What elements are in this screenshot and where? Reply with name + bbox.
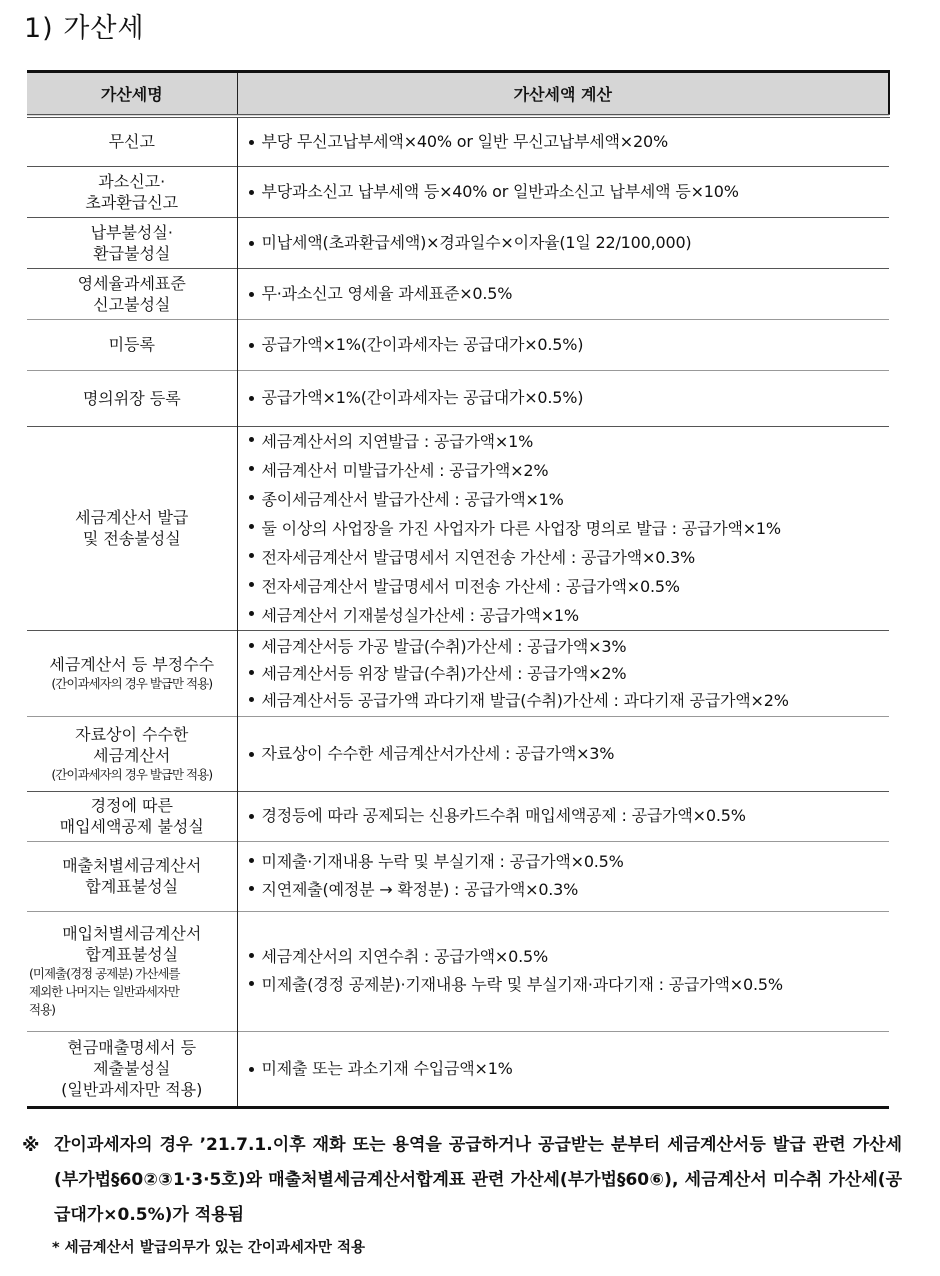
calculation-list: 세금계산서의 지연수취 : 공급가액×0.5%미제출(경정 공제분)·기재내용 … bbox=[248, 943, 890, 999]
calculation-item: 세금계산서등 가공 발급(수취)가산세 : 공급가액×3% bbox=[248, 633, 890, 660]
penalty-name-cell: 미등록 bbox=[27, 319, 237, 370]
calculation-list: 세금계산서등 가공 발급(수취)가산세 : 공급가액×3%세금계산서등 위장 발… bbox=[248, 633, 890, 714]
penalty-name-cell: 자료상이 수수한세금계산서(간이과세자의 경우 발급만 적용) bbox=[27, 716, 237, 791]
penalty-name-cell: 세금계산서 발급및 전송불성실 bbox=[27, 426, 237, 630]
calculation-list: 공급가액×1%(간이과세자는 공급대가×0.5%) bbox=[248, 333, 890, 357]
penalty-calculation-cell: 미제출 또는 과소기재 수입금액×1% bbox=[237, 1031, 889, 1107]
penalty-name-line: 세금계산서 등 부정수수 bbox=[27, 654, 237, 675]
calculation-list: 미납세액(초과환급세액)×경과일수×이자율(1일 22/100,000) bbox=[248, 231, 890, 255]
table-header-row: 가산세명 가산세액 계산 bbox=[27, 72, 889, 117]
penalty-calculation-cell: 공급가액×1%(간이과세자는 공급대가×0.5%) bbox=[237, 370, 889, 426]
penalty-name-subnote: (미제출(경정 공제분) 가산세를 bbox=[27, 965, 237, 983]
penalty-name-line: 명의위장 등록 bbox=[27, 388, 237, 409]
calculation-item: 미납세액(초과환급세액)×경과일수×이자율(1일 22/100,000) bbox=[248, 231, 890, 255]
penalty-calculation-cell: 부당 무신고납부세액×40% or 일반 무신고납부세액×20% bbox=[237, 116, 889, 166]
penalty-name-cell: 무신고 bbox=[27, 116, 237, 166]
penalty-calculation-cell: 자료상이 수수한 세금계산서가산세 : 공급가액×3% bbox=[237, 716, 889, 791]
calculation-list: 부당과소신고 납부세액 등×40% or 일반과소신고 납부세액 등×10% bbox=[248, 180, 890, 204]
penalty-name-cell: 경정에 따른매입세액공제 불성실 bbox=[27, 791, 237, 841]
penalty-calculation-cell: 미납세액(초과환급세액)×경과일수×이자율(1일 22/100,000) bbox=[237, 217, 889, 268]
penalty-name-line: 제출불성실 bbox=[27, 1058, 237, 1079]
calculation-item: 미제출·기재내용 누락 및 부실기재 : 공급가액×0.5% bbox=[248, 848, 890, 876]
penalty-name-line: 현금매출명세서 등 bbox=[27, 1037, 237, 1058]
calculation-item: 세금계산서 기재불성실가산세 : 공급가액×1% bbox=[248, 601, 890, 630]
table-row: 현금매출명세서 등제출불성실(일반과세자만 적용)미제출 또는 과소기재 수입금… bbox=[27, 1031, 889, 1107]
penalty-name-line: 경정에 따른 bbox=[27, 795, 237, 816]
penalty-name-subnote: (간이과세자의 경우 발급만 적용) bbox=[27, 766, 237, 784]
penalty-name-line: 초과환급신고 bbox=[27, 192, 237, 213]
penalty-calculation-cell: 세금계산서의 지연발급 : 공급가액×1%세금계산서 미발급가산세 : 공급가액… bbox=[237, 426, 889, 630]
calculation-item: 자료상이 수수한 세금계산서가산세 : 공급가액×3% bbox=[248, 742, 890, 766]
penalty-calculation-cell: 세금계산서의 지연수취 : 공급가액×0.5%미제출(경정 공제분)·기재내용 … bbox=[237, 911, 889, 1031]
penalty-name-line: 자료상이 수수한 bbox=[27, 724, 237, 745]
calculation-item: 세금계산서등 위장 발급(수취)가산세 : 공급가액×2% bbox=[248, 660, 890, 687]
penalty-name-line: 환급불성실 bbox=[27, 243, 237, 264]
note-text: 간이과세자의 경우 ’21.7.1.이후 재화 또는 용역을 공급하거나 공급받… bbox=[22, 1128, 902, 1233]
calculation-list: 경정등에 따라 공제되는 신용카드수취 매입세액공제 : 공급가액×0.5% bbox=[248, 804, 890, 828]
table-row: 세금계산서 발급및 전송불성실세금계산서의 지연발급 : 공급가액×1%세금계산… bbox=[27, 426, 889, 630]
penalty-name-subnote: 적용) bbox=[27, 1001, 237, 1019]
calculation-item: 둘 이상의 사업장을 가진 사업자가 다른 사업장 명의로 발급 : 공급가액×… bbox=[248, 514, 890, 543]
column-header-calculation: 가산세액 계산 bbox=[237, 72, 889, 117]
penalty-name-cell: 명의위장 등록 bbox=[27, 370, 237, 426]
table-row: 무신고부당 무신고납부세액×40% or 일반 무신고납부세액×20% bbox=[27, 116, 889, 166]
calculation-item: 무·과소신고 영세율 과세표준×0.5% bbox=[248, 282, 890, 306]
penalty-calculation-cell: 경정등에 따라 공제되는 신용카드수취 매입세액공제 : 공급가액×0.5% bbox=[237, 791, 889, 841]
penalty-name-line: 영세율과세표준 bbox=[27, 273, 237, 294]
calculation-list: 부당 무신고납부세액×40% or 일반 무신고납부세액×20% bbox=[248, 130, 890, 154]
penalty-name-line: 합계표불성실 bbox=[27, 944, 237, 965]
penalty-name-subnote: (간이과세자의 경우 발급만 적용) bbox=[27, 675, 237, 693]
calculation-item: 세금계산서 미발급가산세 : 공급가액×2% bbox=[248, 456, 890, 485]
table-row: 납부불성실·환급불성실미납세액(초과환급세액)×경과일수×이자율(1일 22/1… bbox=[27, 217, 889, 268]
table-row: 경정에 따른매입세액공제 불성실경정등에 따라 공제되는 신용카드수취 매입세액… bbox=[27, 791, 889, 841]
penalty-name-line: 매입세액공제 불성실 bbox=[27, 816, 237, 837]
penalty-name-cell: 납부불성실·환급불성실 bbox=[27, 217, 237, 268]
table-row: 미등록공급가액×1%(간이과세자는 공급대가×0.5%) bbox=[27, 319, 889, 370]
note-paragraph: ※ 간이과세자의 경우 ’21.7.1.이후 재화 또는 용역을 공급하거나 공… bbox=[22, 1128, 902, 1233]
penalty-name-line: 매출처별세금계산서 bbox=[27, 855, 237, 876]
penalty-name-cell: 현금매출명세서 등제출불성실(일반과세자만 적용) bbox=[27, 1031, 237, 1107]
calculation-item: 공급가액×1%(간이과세자는 공급대가×0.5%) bbox=[248, 386, 890, 410]
calculation-list: 무·과소신고 영세율 과세표준×0.5% bbox=[248, 282, 890, 306]
section-title: 1) 가산세 bbox=[24, 6, 145, 45]
penalty-name-line: 매입처별세금계산서 bbox=[27, 923, 237, 944]
table-row: 세금계산서 등 부정수수(간이과세자의 경우 발급만 적용)세금계산서등 가공 … bbox=[27, 630, 889, 716]
penalty-calculation-cell: 미제출·기재내용 누락 및 부실기재 : 공급가액×0.5%지연제출(예정분 →… bbox=[237, 841, 889, 911]
penalty-calculation-cell: 무·과소신고 영세율 과세표준×0.5% bbox=[237, 268, 889, 319]
table-row: 매입처별세금계산서합계표불성실(미제출(경정 공제분) 가산세를제외한 나머지는… bbox=[27, 911, 889, 1031]
reference-mark-icon: ※ bbox=[22, 1128, 40, 1163]
calculation-list: 공급가액×1%(간이과세자는 공급대가×0.5%) bbox=[248, 386, 890, 410]
calculation-item: 지연제출(예정분 → 확정분) : 공급가액×0.3% bbox=[248, 876, 890, 904]
calculation-item: 미제출 또는 과소기재 수입금액×1% bbox=[248, 1057, 890, 1081]
penalty-name-cell: 세금계산서 등 부정수수(간이과세자의 경우 발급만 적용) bbox=[27, 630, 237, 716]
table-row: 매출처별세금계산서합계표불성실미제출·기재내용 누락 및 부실기재 : 공급가액… bbox=[27, 841, 889, 911]
penalty-calculation-cell: 부당과소신고 납부세액 등×40% or 일반과소신고 납부세액 등×10% bbox=[237, 166, 889, 217]
calculation-list: 미제출 또는 과소기재 수입금액×1% bbox=[248, 1057, 890, 1081]
calculation-item: 부당과소신고 납부세액 등×40% or 일반과소신고 납부세액 등×10% bbox=[248, 180, 890, 204]
calculation-item: 미제출(경정 공제분)·기재내용 누락 및 부실기재·과다기재 : 공급가액×0… bbox=[248, 971, 890, 999]
penalty-name-subnote: 제외한 나머지는 일반과세자만 bbox=[27, 983, 237, 1001]
penalty-name-line: 납부불성실· bbox=[27, 222, 237, 243]
calculation-list: 자료상이 수수한 세금계산서가산세 : 공급가액×3% bbox=[248, 742, 890, 766]
calculation-item: 부당 무신고납부세액×40% or 일반 무신고납부세액×20% bbox=[248, 130, 890, 154]
penalty-name-line: 무신고 bbox=[27, 131, 237, 152]
penalty-calculation-cell: 공급가액×1%(간이과세자는 공급대가×0.5%) bbox=[237, 319, 889, 370]
calculation-item: 경정등에 따라 공제되는 신용카드수취 매입세액공제 : 공급가액×0.5% bbox=[248, 804, 890, 828]
calculation-item: 세금계산서의 지연발급 : 공급가액×1% bbox=[248, 427, 890, 456]
calculation-item: 전자세금계산서 발급명세서 지연전송 가산세 : 공급가액×0.3% bbox=[248, 543, 890, 572]
penalty-name-cell: 매입처별세금계산서합계표불성실(미제출(경정 공제분) 가산세를제외한 나머지는… bbox=[27, 911, 237, 1031]
penalty-calculation-cell: 세금계산서등 가공 발급(수취)가산세 : 공급가액×3%세금계산서등 위장 발… bbox=[237, 630, 889, 716]
penalty-tax-table: 가산세명 가산세액 계산 무신고부당 무신고납부세액×40% or 일반 무신고… bbox=[27, 70, 890, 1109]
penalty-name-line: 미등록 bbox=[27, 334, 237, 355]
calculation-item: 세금계산서등 공급가액 과다기재 발급(수취)가산세 : 과다기재 공급가액×2… bbox=[248, 687, 890, 714]
table-row: 과소신고·초과환급신고부당과소신고 납부세액 등×40% or 일반과소신고 납… bbox=[27, 166, 889, 217]
penalty-name-line: 합계표불성실 bbox=[27, 876, 237, 897]
penalty-name-line: 및 전송불성실 bbox=[27, 528, 237, 549]
penalty-name-line: 신고불성실 bbox=[27, 294, 237, 315]
table-row: 명의위장 등록공급가액×1%(간이과세자는 공급대가×0.5%) bbox=[27, 370, 889, 426]
calculation-item: 전자세금계산서 발급명세서 미전송 가산세 : 공급가액×0.5% bbox=[248, 572, 890, 601]
table-row: 영세율과세표준신고불성실무·과소신고 영세율 과세표준×0.5% bbox=[27, 268, 889, 319]
penalty-name-line: (일반과세자만 적용) bbox=[27, 1079, 237, 1100]
calculation-list: 미제출·기재내용 누락 및 부실기재 : 공급가액×0.5%지연제출(예정분 →… bbox=[248, 848, 890, 904]
calculation-item: 공급가액×1%(간이과세자는 공급대가×0.5%) bbox=[248, 333, 890, 357]
calculation-item: 종이세금계산서 발급가산세 : 공급가액×1% bbox=[248, 485, 890, 514]
penalty-name-cell: 매출처별세금계산서합계표불성실 bbox=[27, 841, 237, 911]
table-body: 무신고부당 무신고납부세액×40% or 일반 무신고납부세액×20%과소신고·… bbox=[27, 116, 889, 1107]
penalty-name-line: 세금계산서 bbox=[27, 745, 237, 766]
calculation-list: 세금계산서의 지연발급 : 공급가액×1%세금계산서 미발급가산세 : 공급가액… bbox=[248, 427, 890, 630]
footnote: * 세금계산서 발급의무가 있는 간이과세자만 적용 bbox=[52, 1236, 365, 1257]
table-row: 자료상이 수수한세금계산서(간이과세자의 경우 발급만 적용)자료상이 수수한 … bbox=[27, 716, 889, 791]
calculation-item: 세금계산서의 지연수취 : 공급가액×0.5% bbox=[248, 943, 890, 971]
penalty-name-cell: 영세율과세표준신고불성실 bbox=[27, 268, 237, 319]
penalty-name-line: 세금계산서 발급 bbox=[27, 507, 237, 528]
penalty-name-cell: 과소신고·초과환급신고 bbox=[27, 166, 237, 217]
column-header-name: 가산세명 bbox=[27, 72, 237, 117]
penalty-name-line: 과소신고· bbox=[27, 171, 237, 192]
